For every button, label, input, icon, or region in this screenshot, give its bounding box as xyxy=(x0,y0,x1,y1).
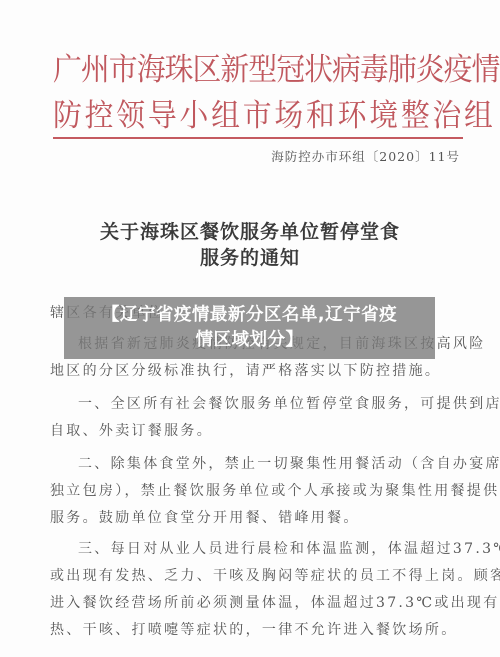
caption-line1: 【辽宁省疫情最新分区名单,辽宁省疫 xyxy=(64,303,435,328)
document-page: 广州市海珠区新型冠状病毒肺炎疫情 防控领导小组市场和环境整治组 海防控办市环组〔… xyxy=(0,0,500,657)
body-line: 或出现有发热、乏力、干咳及胸闷等症状的员工不得上岗。顾客 xyxy=(50,565,500,585)
body-line: 独立包房），禁止餐饮服务单位或个人承接或为聚集性用餐提供 xyxy=(50,480,499,500)
body-line: 进入餐饮经营场所前必须测量体温，体温超过37.3℃或出现有发 xyxy=(50,592,500,612)
caption-line2: 情区域划分】 xyxy=(64,328,435,353)
body-line: 一、全区所有社会餐饮服务单位暂停堂食服务，可提供到店 xyxy=(78,393,500,413)
body-line: 地区的分区分级标准执行，请严格落实以下防控措施。 xyxy=(50,360,441,380)
letterhead-red-rule xyxy=(53,137,463,139)
caption-overlay: 【辽宁省疫情最新分区名单,辽宁省疫 情区域划分】 xyxy=(64,297,435,359)
notice-title-line1: 关于海珠区餐饮服务单位暂停堂食 xyxy=(0,217,500,244)
body-line: 二、除集体食堂外，禁止一切聚集性用餐活动（含自办宴席， xyxy=(78,453,500,473)
body-line: 三、每日对从业人员进行晨检和体温监测，体温超过37.3℃ xyxy=(78,538,500,558)
document-number: 海防控办市环组〔2020〕11号 xyxy=(271,147,460,165)
notice-title-line2: 服务的通知 xyxy=(0,243,500,270)
body-line: 热、干咳、打喷嚏等症状的，一律不允许进入餐饮场所。 xyxy=(50,619,458,639)
letterhead-title-line1: 广州市海珠区新型冠状病毒肺炎疫情 xyxy=(53,50,434,90)
body-line: 服务。鼓励单位食堂分开用餐、错峰用餐。 xyxy=(50,507,360,527)
body-line: 自取、外卖订餐服务。 xyxy=(50,420,213,440)
letterhead-title-line2: 防控领导小组市场和环境整治组 xyxy=(53,96,434,136)
